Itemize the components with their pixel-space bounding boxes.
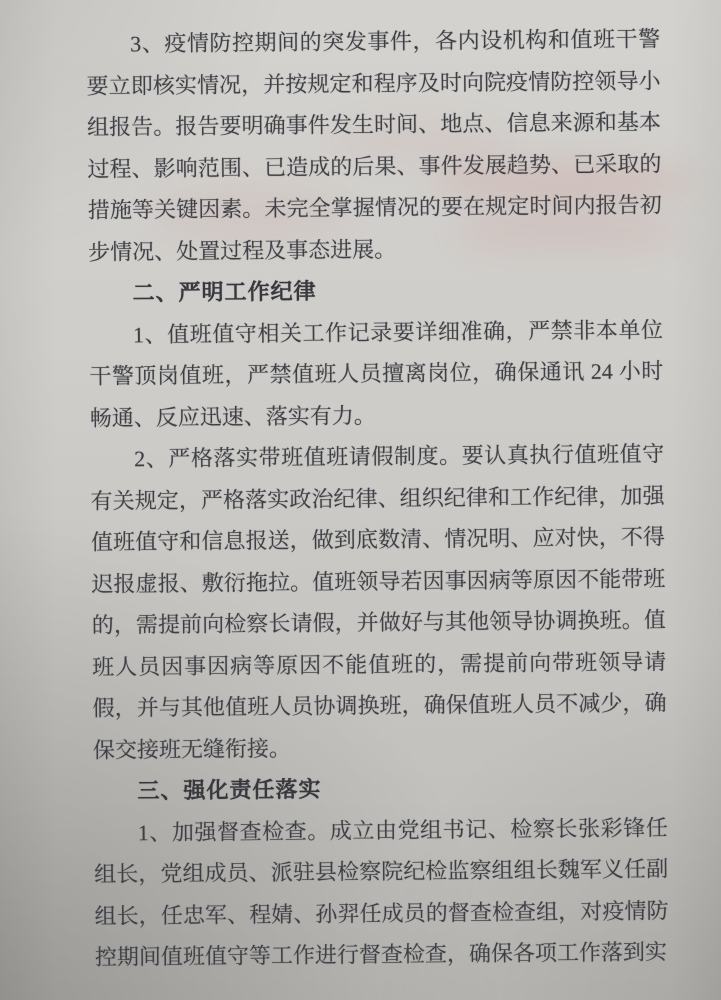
paragraph-inspection-group: 1、加强督查检查。成立由党组书记、检察长张彩锋任组长，党组成员、派驻县检察院纪检… — [94, 807, 670, 979]
paragraph-leave-system: 2、严格落实带班值班请假制度。要认真执行值班值守有关规定，严格落实政治纪律、组织… — [90, 433, 667, 770]
document-text-block: 3、疫情防控期间的突发事件，各内设机构和值班干警要立即核实情况，并按规定和程序及… — [86, 18, 669, 978]
paragraph-emergency-events: 3、疫情防控期间的突发事件，各内设机构和值班干警要立即核实情况，并按规定和程序及… — [86, 18, 662, 272]
section-heading-work-discipline: 二、严明工作纪律 — [88, 267, 662, 314]
paragraph-duty-records: 1、值班值守相关工作记录要详细准确，严禁非本单位干警顶岗值班，严禁值班人员擅离岗… — [89, 309, 664, 439]
document-photo: 3、疫情防控期间的突发事件，各内设机构和值班干警要立即核实情况，并按规定和程序及… — [0, 0, 721, 1000]
section-heading-responsibility: 三、强化责任落实 — [93, 765, 667, 812]
